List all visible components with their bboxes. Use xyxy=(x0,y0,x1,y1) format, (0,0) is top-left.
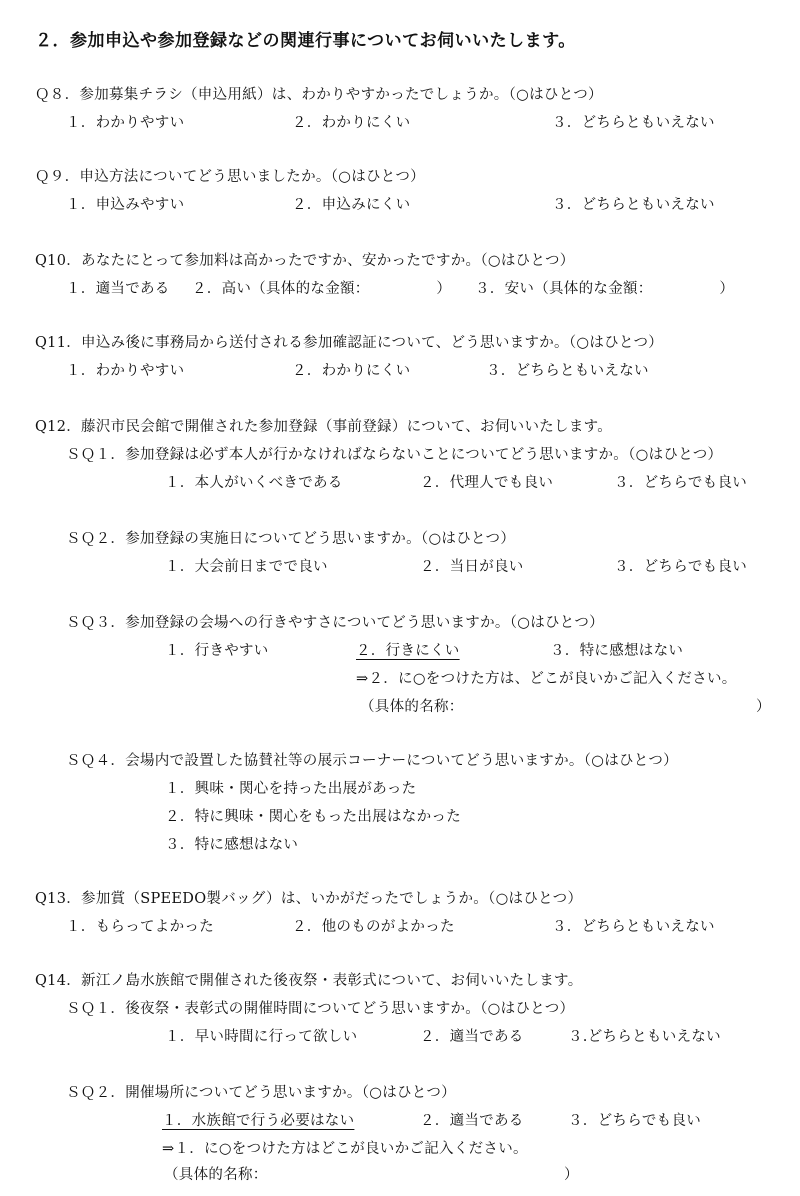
q12-sq2-question: ＳＱ２．参加登録の実施日についてどう思いますか。（○はひとつ） xyxy=(66,530,515,548)
q11-option-1[interactable]: １．わかりやすい xyxy=(66,362,184,380)
q14-sq1-option-1[interactable]: １．早い時間に行って欲しい xyxy=(165,1028,357,1046)
q14-sq1-option-3[interactable]: ３.どちらともいえない xyxy=(568,1028,721,1046)
q14-sq2-option-1-selected[interactable]: １．水族館で行う必要はない xyxy=(162,1112,354,1130)
section-title: ２．参加申込や参加登録などの関連行事についてお伺いいたします。 xyxy=(35,30,576,52)
q14-sq2-option-2[interactable]: ２．適当である xyxy=(420,1112,524,1130)
q9-option-3[interactable]: ３．どちらともいえない xyxy=(552,196,715,214)
q10-option-1[interactable]: １．適当である xyxy=(66,280,170,298)
q14-sq2-name-close: ） xyxy=(564,1166,579,1184)
q12-sq3-option-1[interactable]: １．行きやすい xyxy=(165,642,269,660)
q12-sq4-question: ＳＱ４．会場内で設置した協賛社等の展示コーナーについてどう思いますか。（○はひと… xyxy=(66,752,678,770)
q10-option-2[interactable]: ２．高い（具体的な金額： ） xyxy=(192,280,451,298)
q12-sq3-option-3[interactable]: ３．特に感想はない xyxy=(550,642,683,660)
q12-sq1-option-1[interactable]: １．本人がいくべきである xyxy=(165,474,343,492)
q12-sq4-option-1[interactable]: １．興味・関心を持った出展があった xyxy=(165,780,416,798)
q12-sq3-option-2-selected[interactable]: ２．行きにくい xyxy=(356,642,460,660)
q12-sq4-option-3[interactable]: ３．特に感想はない xyxy=(165,836,298,854)
q12-sq3-name-close: ） xyxy=(756,698,771,716)
q8-question: Ｑ８．参加募集チラシ（申込用紙）は、わかりやすかったでしょうか。（○はひとつ） xyxy=(35,86,603,104)
q14-sq2-followup: ⇒１．に○をつけた方はどこが良いかご記入ください。 xyxy=(162,1140,528,1158)
q8-option-3[interactable]: ３．どちらともいえない xyxy=(552,114,715,132)
q8-option-2[interactable]: ２．わかりにくい xyxy=(292,114,410,132)
q12-sq3-name-label: （具体的名称： xyxy=(360,698,464,716)
q8-option-1[interactable]: １．わかりやすい xyxy=(66,114,184,132)
q11-option-3[interactable]: ３．どちらともいえない xyxy=(486,362,649,380)
q12-sq2-option-1[interactable]: １．大会前日までで良い xyxy=(165,558,328,576)
q14-sq1-question: ＳＱ１．後夜祭・表彰式の開催時間についてどう思いますか。（○はひとつ） xyxy=(66,1000,574,1018)
q13-option-3[interactable]: ３．どちらともいえない xyxy=(552,918,715,936)
q13-option-1[interactable]: １．もらってよかった xyxy=(66,918,214,936)
q9-option-1[interactable]: １．申込みやすい xyxy=(66,196,184,214)
q12-sq3-question: ＳＱ３．参加登録の会場への行きやすさについてどう思いますか。（○はひとつ） xyxy=(66,614,604,632)
q9-question: Ｑ９．申込方法についてどう思いましたか。（○はひとつ） xyxy=(35,168,425,186)
q14-sq2-option-3[interactable]: ３．どちらでも良い xyxy=(568,1112,701,1130)
q12-sq3-followup: ⇒２．に○をつけた方は、どこが良いかご記入ください。 xyxy=(356,670,737,688)
q14-sq2-question: ＳＱ２．開催場所についてどう思いますか。（○はひとつ） xyxy=(66,1084,456,1102)
q12-sq1-option-2[interactable]: ２．代理人でも良い xyxy=(420,474,553,492)
q12-sq1-option-3[interactable]: ３．どちらでも良い xyxy=(614,474,747,492)
q12-sq2-option-3[interactable]: ３．どちらでも良い xyxy=(614,558,747,576)
q13-question: Q13．参加賞（SPEEDO製バッグ）は、いかがだったでしょうか。（○はひとつ） xyxy=(35,890,582,908)
q13-option-2[interactable]: ２．他のものがよかった xyxy=(292,918,455,936)
q12-question: Q12．藤沢市民会館で開催された参加登録（事前登録）について、お伺いいたします。 xyxy=(35,418,612,436)
q10-option-3[interactable]: ３．安い（具体的な金額： ） xyxy=(475,280,734,298)
q11-question: Q11．申込み後に事務局から送付される参加確認証について、どう思いますか。（○は… xyxy=(35,334,663,352)
q14-sq2-name-label: （具体的名称： xyxy=(164,1166,268,1184)
q9-option-2[interactable]: ２．申込みにくい xyxy=(292,196,410,214)
q12-sq2-option-2[interactable]: ２．当日が良い xyxy=(420,558,524,576)
q11-option-2[interactable]: ２．わかりにくい xyxy=(292,362,410,380)
q12-sq1-question: ＳＱ１．参加登録は必ず本人が行かなければならないことについてどう思いますか。（○… xyxy=(66,446,722,464)
q12-sq3-name-input[interactable] xyxy=(470,698,750,716)
q14-question: Q14．新江ノ島水族館で開催された後夜祭・表彰式について、お伺いいたします。 xyxy=(35,972,583,990)
q12-sq4-option-2[interactable]: ２．特に興味・関心をもった出展はなかった xyxy=(165,808,461,826)
q14-sq1-option-2[interactable]: ２．適当である xyxy=(420,1028,524,1046)
q14-sq2-name-input[interactable] xyxy=(275,1166,560,1184)
q10-question: Q10．あなたにとって参加料は高かったですか、安かったですか。（○はひとつ） xyxy=(35,252,575,270)
